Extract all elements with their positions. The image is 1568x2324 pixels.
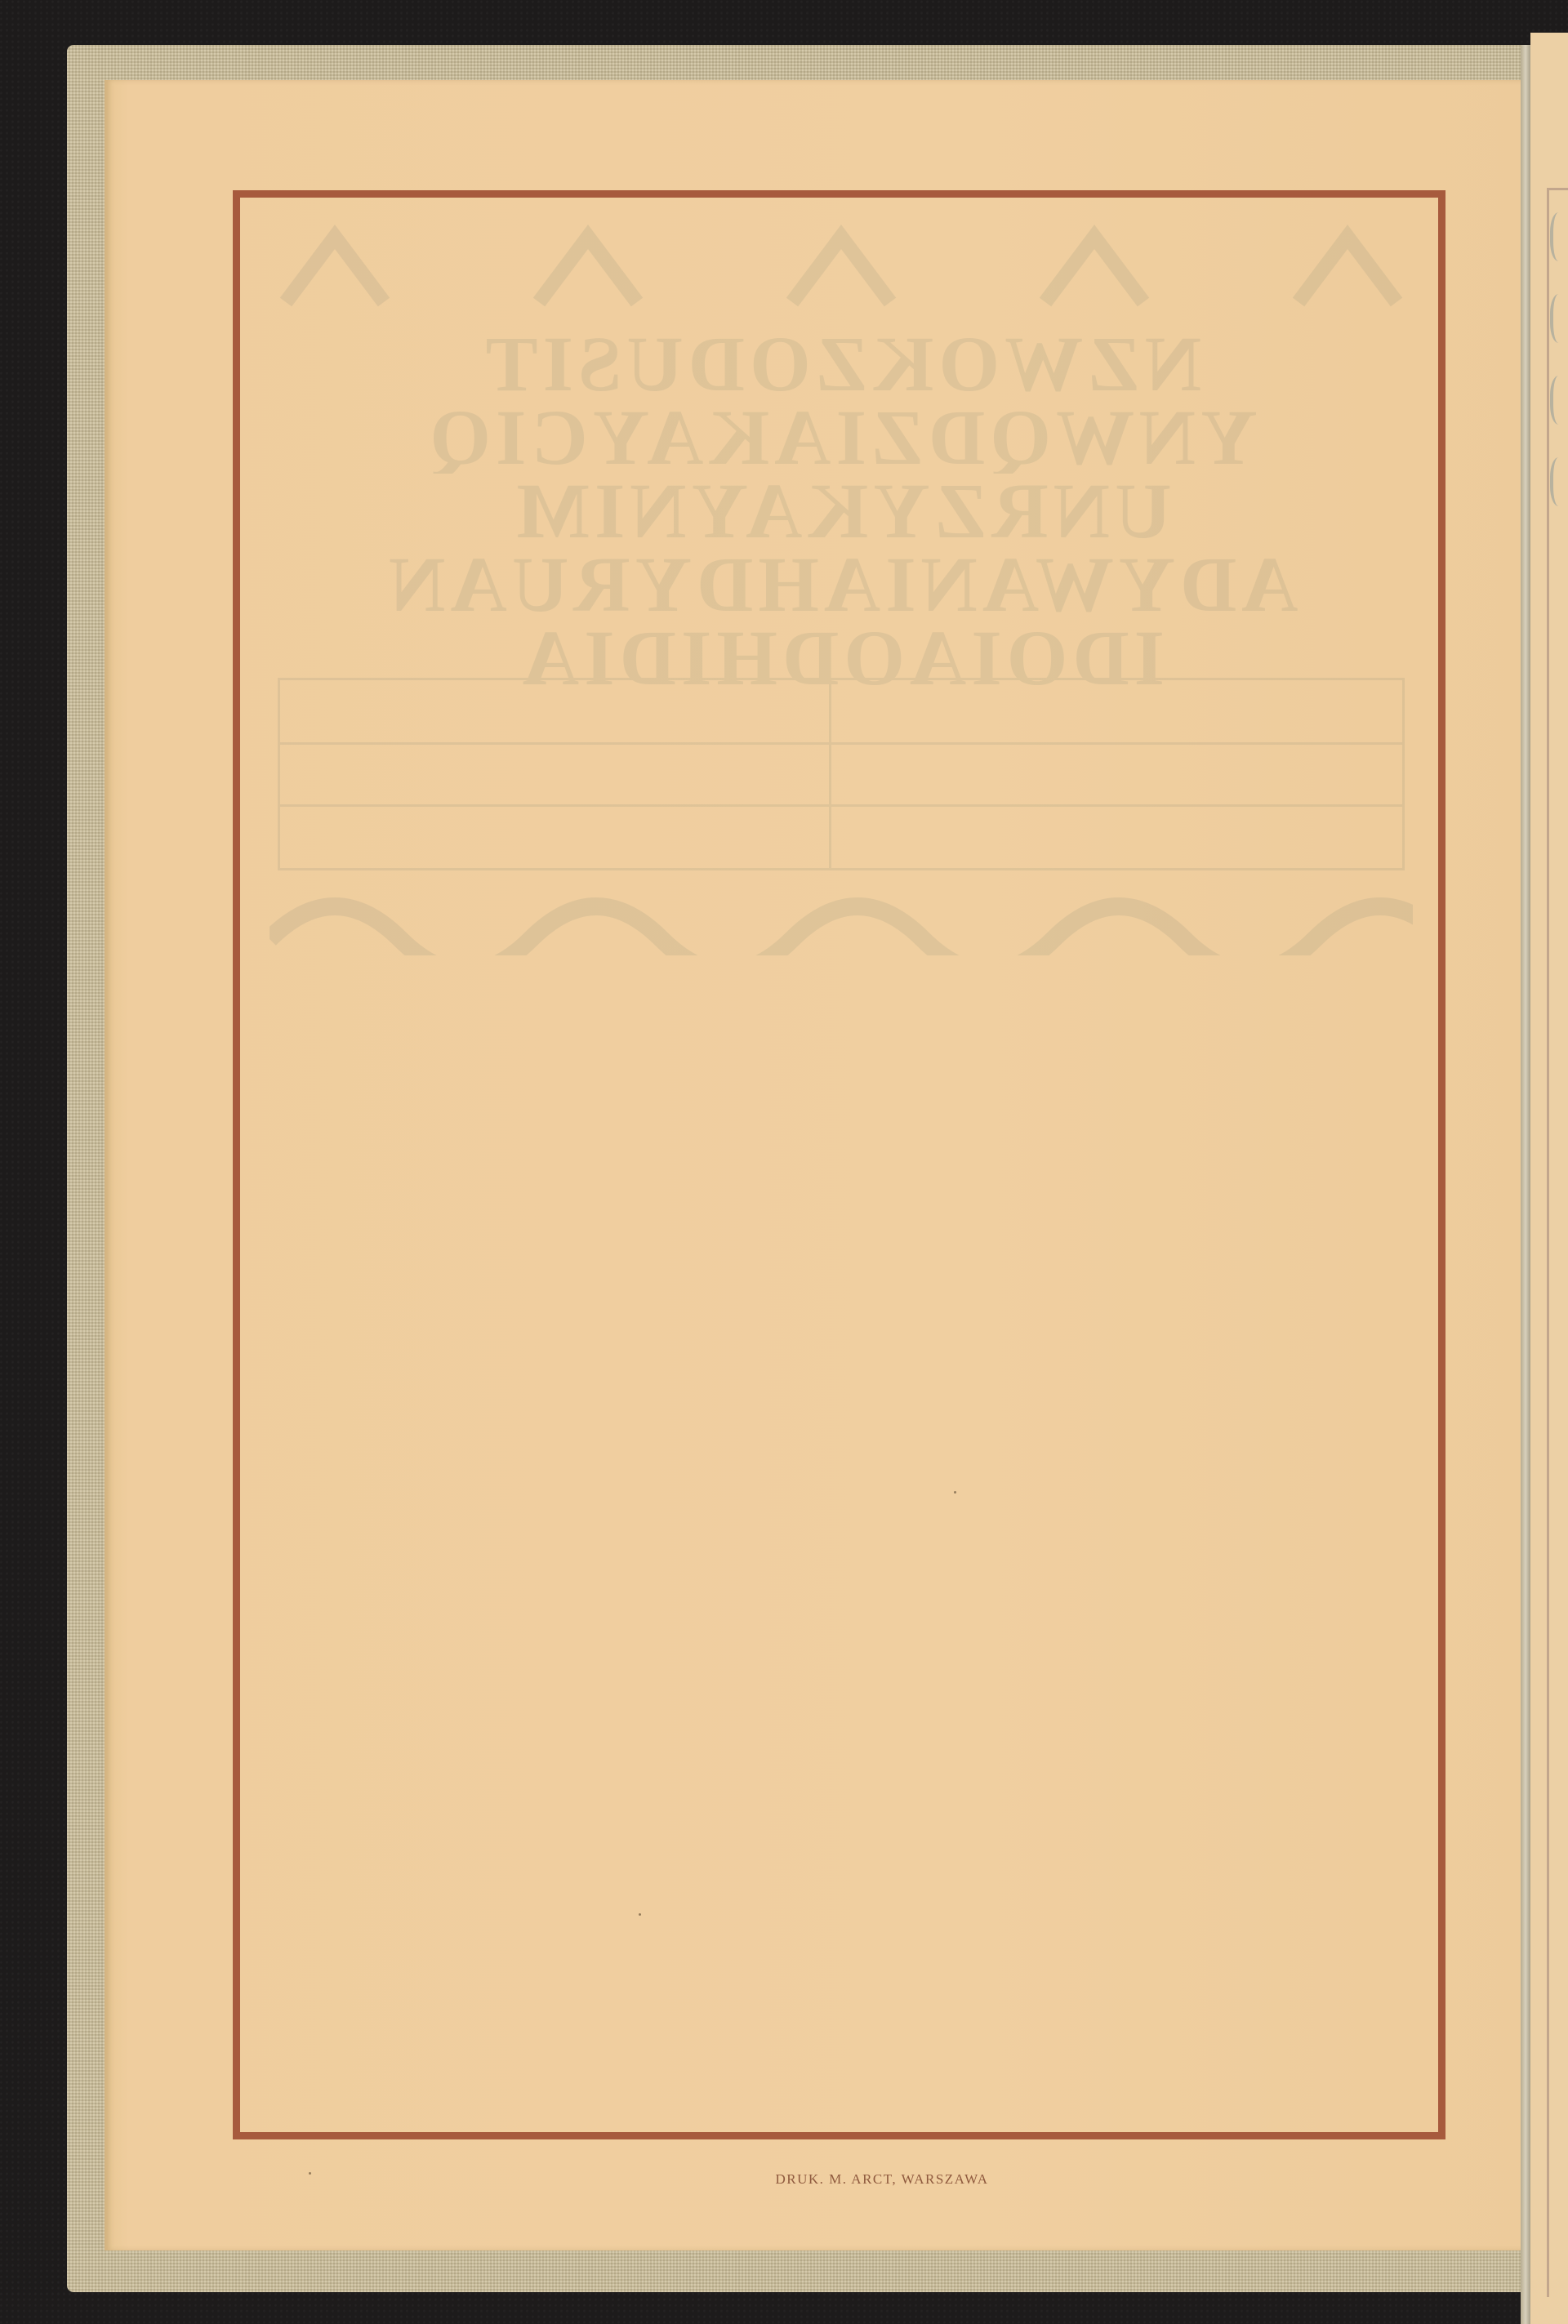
printer-imprint: DRUK. M. ARCT, WARSZAWA bbox=[0, 2171, 1568, 2188]
page-border-frame bbox=[233, 190, 1445, 2139]
paper-speck bbox=[639, 1913, 641, 1916]
adjacent-page-ornament-icon bbox=[1550, 212, 1568, 261]
adjacent-page-ornament-icon bbox=[1550, 457, 1568, 506]
adjacent-page-ornament-icon bbox=[1550, 294, 1568, 343]
printer-imprint-text: DRUK. M. ARCT, WARSZAWA bbox=[775, 2171, 988, 2187]
paper-speck bbox=[954, 1491, 956, 1494]
adjacent-page-ornament-icon bbox=[1550, 376, 1568, 425]
book-gutter bbox=[1521, 45, 1530, 2324]
